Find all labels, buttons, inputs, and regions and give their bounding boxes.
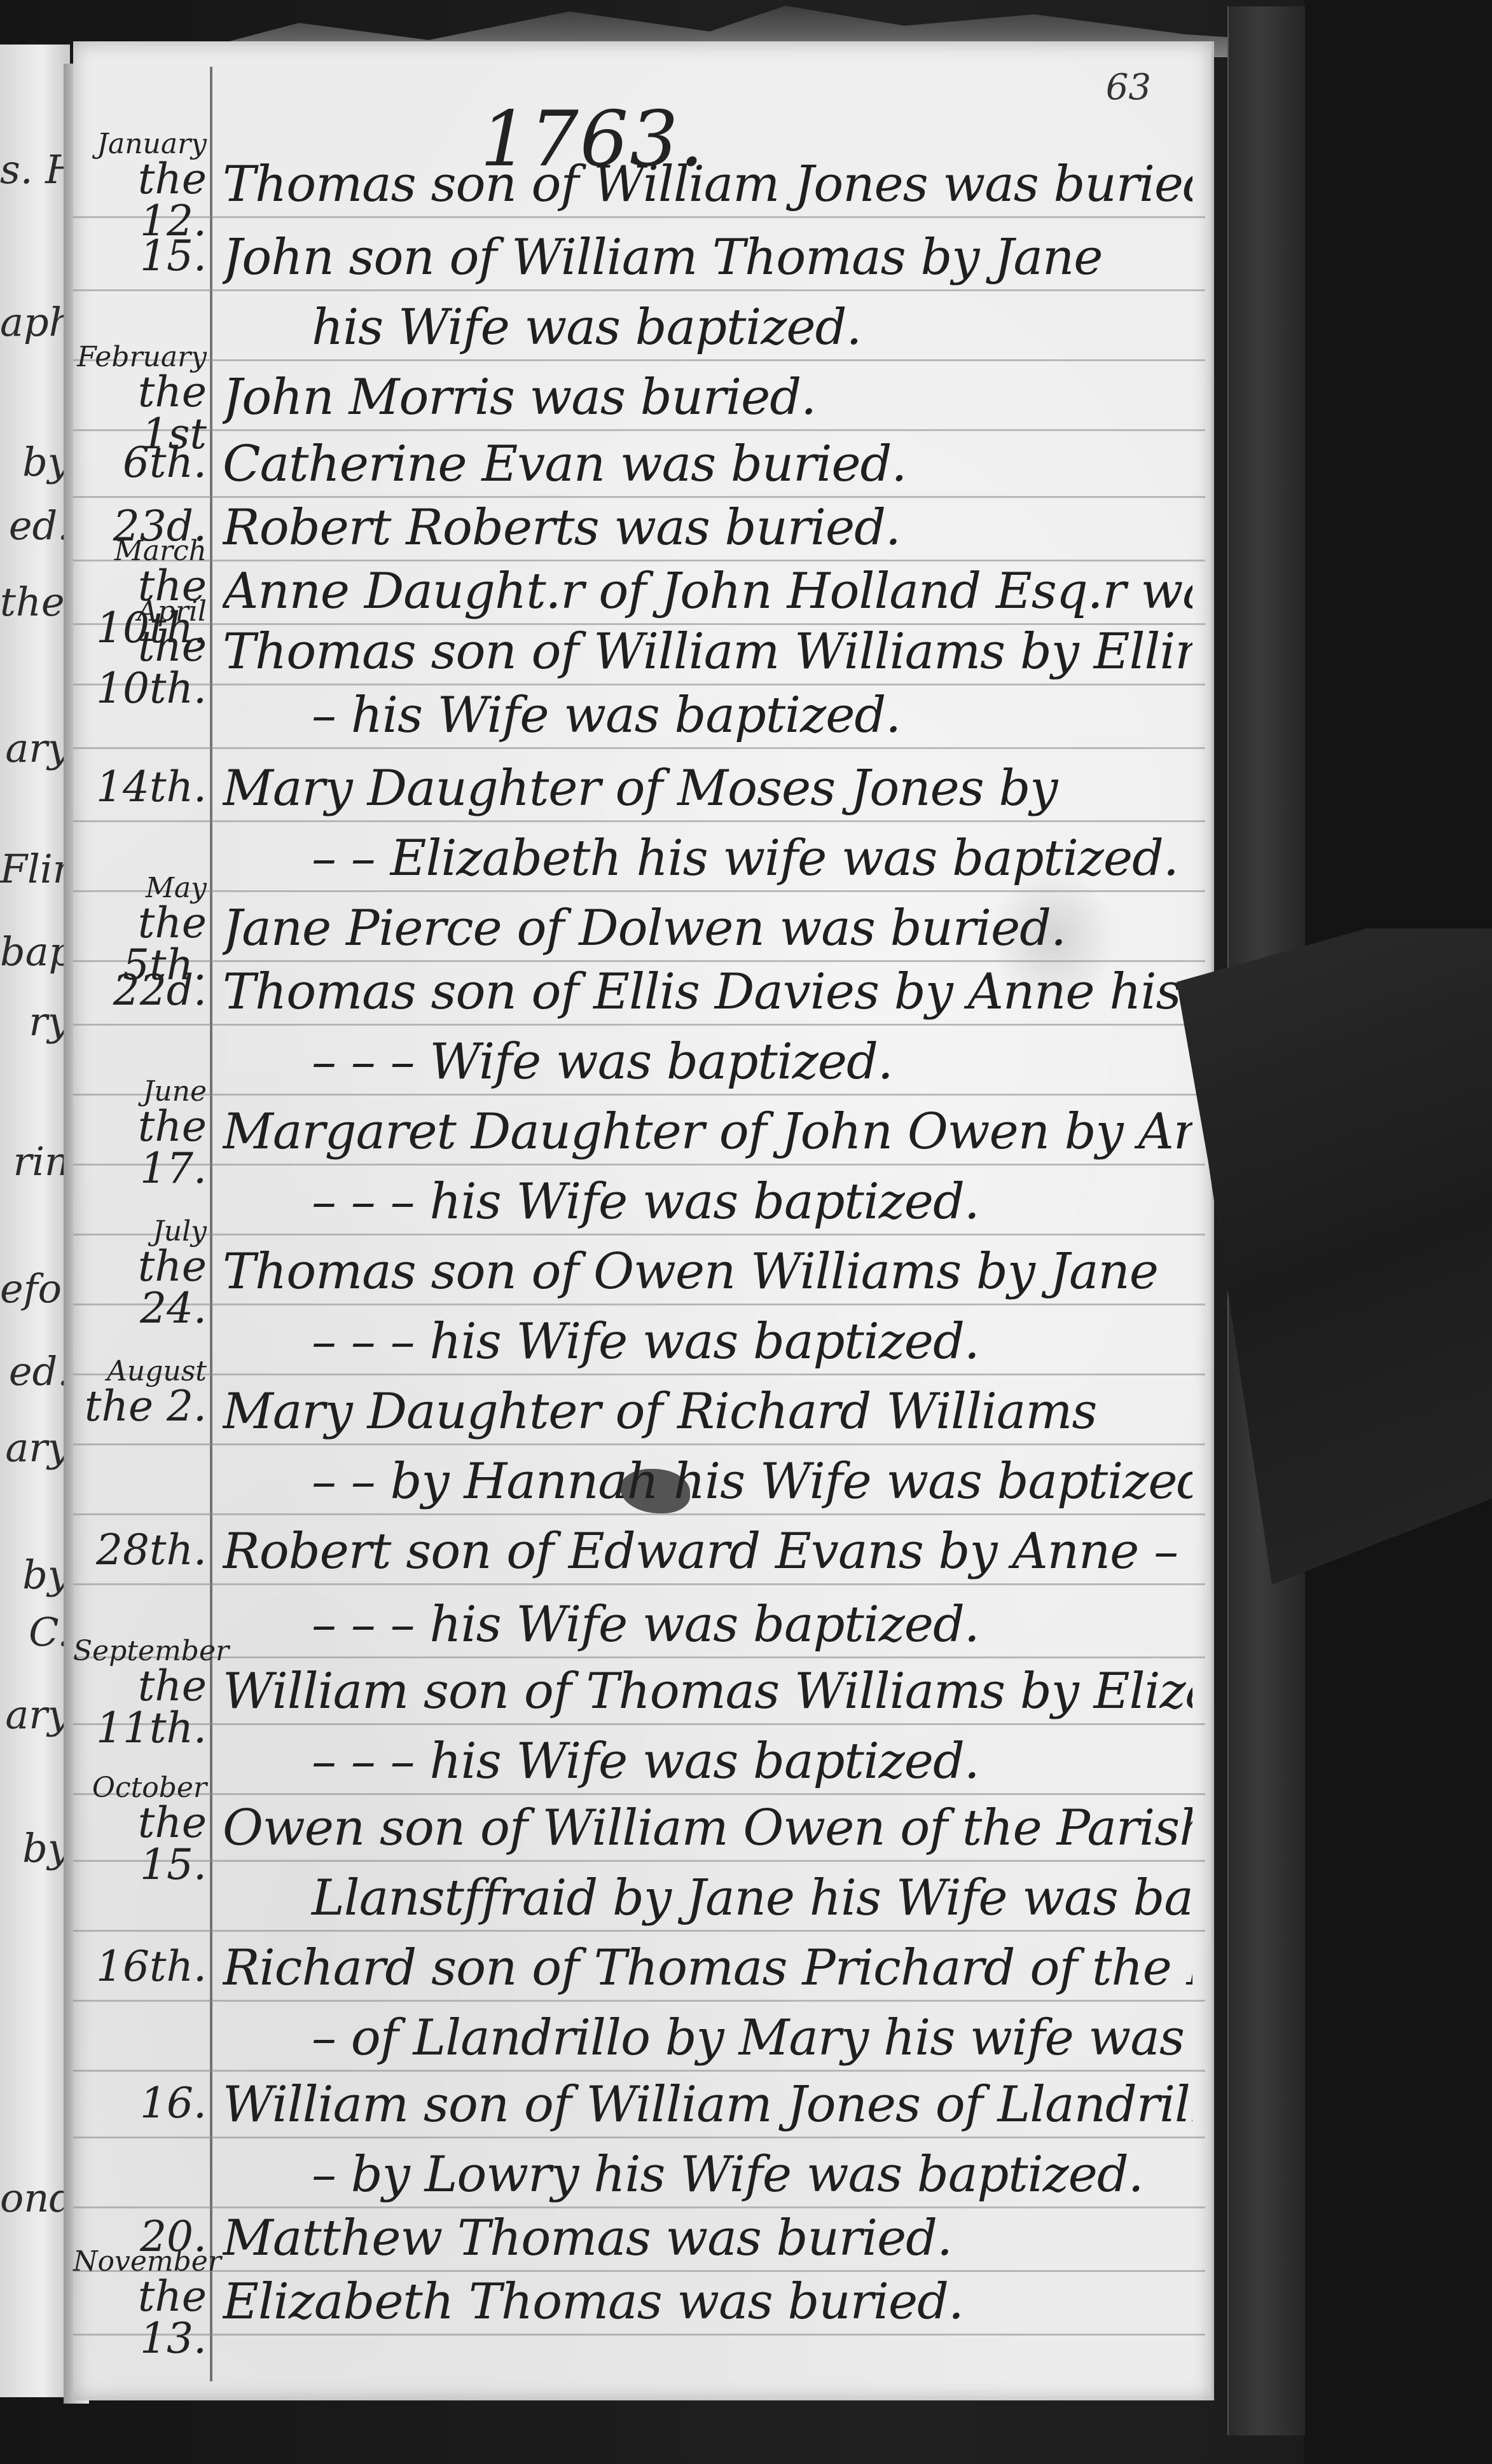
left-page-text-fragment: ary — [0, 1691, 70, 1738]
entry-day: the 10th. — [73, 626, 207, 710]
entry-day: 15. — [73, 235, 207, 277]
left-page-text-fragment: ry — [0, 998, 70, 1045]
entry-date: Januarythe 12. — [73, 130, 207, 242]
ruled-line — [73, 1723, 1205, 1725]
ruled-line — [73, 684, 1205, 685]
register-entry-line: John son of William Thomas by Jane — [223, 229, 1192, 286]
entry-date: Aprilthe 10th. — [73, 598, 207, 710]
register-entry-line: – – – his Wife was baptized. — [223, 1733, 1192, 1790]
left-page-text-fragment: ed. — [0, 502, 70, 549]
register-entry-line: Thomas son of William Williams by Ellin — [223, 623, 1192, 680]
left-page-text-fragment: ary — [0, 1424, 70, 1471]
register-entry-line: – – by Hannah his Wife was baptized. — [223, 1453, 1192, 1510]
register-entry-line: William son of William Jones of Llandril… — [223, 2076, 1192, 2133]
left-page-text-fragment: by — [0, 1825, 70, 1871]
entry-day: the 15. — [73, 1802, 207, 1886]
left-page-text-fragment: Flint — [0, 846, 70, 892]
left-page-text-fragment: aph. — [0, 299, 70, 345]
ruled-line — [73, 2334, 1205, 2336]
ruled-line — [73, 1793, 1205, 1795]
register-page: 1763. 63 Januarythe 12.Thomas son of Wil… — [73, 41, 1214, 2400]
register-entry-line: Robert Roberts was buried. — [223, 499, 1192, 556]
entry-day: the 24. — [73, 1246, 207, 1330]
left-page-text-fragment: ary — [0, 725, 70, 771]
left-page-text-fragment: by — [0, 1552, 70, 1598]
entry-date: Octoberthe 15. — [73, 1774, 207, 1886]
register-entry-line: William son of Thomas Williams by Elizab… — [223, 1663, 1192, 1720]
ruled-line — [73, 1513, 1205, 1515]
ruled-line — [73, 216, 1205, 218]
ruled-line — [73, 289, 1205, 291]
entry-date: 16. — [73, 2082, 207, 2124]
entry-date: 22d. — [73, 970, 207, 1012]
entry-date: Augustthe 2. — [73, 1358, 207, 1428]
register-entry-line: – – – his Wife was baptized. — [223, 1596, 1192, 1653]
ruled-line — [73, 1443, 1205, 1445]
entry-date: Junethe 17. — [73, 1078, 207, 1190]
entry-day: 14th. — [73, 766, 207, 808]
entry-day: 16th. — [73, 1946, 207, 1988]
register-entry-line: – – – his Wife was baptized. — [223, 1313, 1192, 1370]
register-entry-line: Thomas son of William Jones was buried. — [223, 156, 1192, 213]
register-entry-line: Catherine Evan was buried. — [223, 436, 1192, 493]
register-entry-line: – – – his Wife was baptized. — [223, 1173, 1192, 1230]
register-entry-line: – his Wife was baptized. — [223, 687, 1192, 744]
left-page-text-fragment: ed. — [0, 1348, 70, 1394]
ruled-line — [73, 1094, 1205, 1096]
register-entry-line: Anne Daught.r of John Holland Esq.r was … — [223, 563, 1192, 620]
register-entry-line: Richard son of Thomas Prichard of the Pa… — [223, 1939, 1192, 1997]
left-page-text-fragment: ond — [0, 2175, 70, 2221]
entry-day: 22d. — [73, 970, 207, 1012]
entry-date: Septemberthe 11th. — [73, 1637, 207, 1749]
ruled-line — [73, 2070, 1205, 2072]
ruled-line — [73, 1373, 1205, 1375]
left-page-partial: s. Hraph.byed.thervaryFlintbap.ryrinefor… — [0, 45, 70, 2397]
left-page-text-fragment: bap. — [0, 928, 70, 975]
entry-date: 15. — [73, 235, 207, 277]
ruled-line — [73, 560, 1205, 561]
ruled-line — [73, 1164, 1205, 1166]
ruled-line — [73, 1930, 1205, 1932]
register-entry-line: Llanstffraid by Jane his Wife was baptiz… — [223, 1869, 1192, 1927]
register-entry-line: his Wife was baptized. — [223, 299, 1192, 356]
ruled-line — [73, 1583, 1205, 1585]
register-entry-line: Thomas son of Owen Williams by Jane — [223, 1243, 1192, 1300]
ruled-line — [73, 2206, 1205, 2208]
ruled-line — [73, 890, 1205, 892]
ruled-line — [73, 1024, 1205, 1026]
register-entry-line: – of Llandrillo by Mary his wife was bap… — [223, 2009, 1192, 2067]
register-entry-line: Mary Daughter of Moses Jones by — [223, 760, 1192, 817]
ruled-line — [73, 960, 1205, 962]
entry-date: 6th. — [73, 442, 207, 484]
ruled-line — [73, 429, 1205, 431]
register-entry-line: Mary Daughter of Richard Williams — [223, 1383, 1192, 1440]
ruled-line — [73, 2137, 1205, 2138]
register-entry-line: Jane Pierce of Dolwen was buried. — [223, 900, 1192, 957]
left-page-text-fragment: therv — [0, 579, 70, 625]
register-entry-line: Margaret Daughter of John Owen by Anne — [223, 1103, 1192, 1160]
ruled-line — [73, 496, 1205, 498]
entry-day: 16. — [73, 2082, 207, 2124]
register-entry-line: Owen son of William Owen of the Parish o… — [223, 1800, 1192, 1857]
register-entry-line: Thomas son of Ellis Davies by Anne his — [223, 963, 1192, 1021]
entry-day: the 17. — [73, 1106, 207, 1190]
entry-date: Julythe 24. — [73, 1218, 207, 1330]
ruled-line — [73, 1304, 1205, 1305]
entry-day: 6th. — [73, 442, 207, 484]
ruled-line — [73, 2000, 1205, 2002]
left-page-text-fragment: rin — [0, 1138, 70, 1185]
entry-date: 14th. — [73, 766, 207, 808]
entry-day: the 2. — [73, 1386, 207, 1428]
left-page-text-fragment: s. Hr — [0, 146, 70, 193]
left-page-text-fragment: efor — [0, 1265, 70, 1312]
ruled-line — [73, 1234, 1205, 1235]
ruled-line — [73, 2270, 1205, 2272]
entry-date: 16th. — [73, 1946, 207, 1988]
ruled-line — [73, 820, 1205, 822]
entry-day: the 12. — [73, 158, 207, 242]
register-entry-line: – – Elizabeth his wife was baptized. — [223, 830, 1192, 887]
ruled-line — [73, 747, 1205, 749]
entry-date: 28th. — [73, 1529, 207, 1571]
register-entry-line: – – – Wife was baptized. — [223, 1033, 1192, 1091]
left-page-text-fragment: by — [0, 439, 70, 485]
ruled-line — [73, 1860, 1205, 1862]
folio-number: 63 — [1106, 67, 1151, 108]
register-entry-line: – by Lowry his Wife was baptized. — [223, 2146, 1192, 2203]
date-margin-rule — [210, 67, 212, 2381]
register-entry-line: Matthew Thomas was buried. — [223, 2210, 1192, 2267]
register-entry-line: John Morris was buried. — [223, 369, 1192, 426]
left-page-text-fragment: C. — [0, 1609, 70, 1655]
register-entry-line: Robert son of Edward Evans by Anne – – — [223, 1523, 1192, 1580]
entry-date: Novemberthe 13. — [73, 2248, 207, 2360]
ruled-line — [73, 359, 1205, 361]
entry-day: the 13. — [73, 2276, 207, 2360]
entry-day: 28th. — [73, 1529, 207, 1571]
ruled-line — [73, 1656, 1205, 1658]
register-entry-line: Elizabeth Thomas was buried. — [223, 2273, 1192, 2330]
entry-day: the 11th. — [73, 1665, 207, 1749]
